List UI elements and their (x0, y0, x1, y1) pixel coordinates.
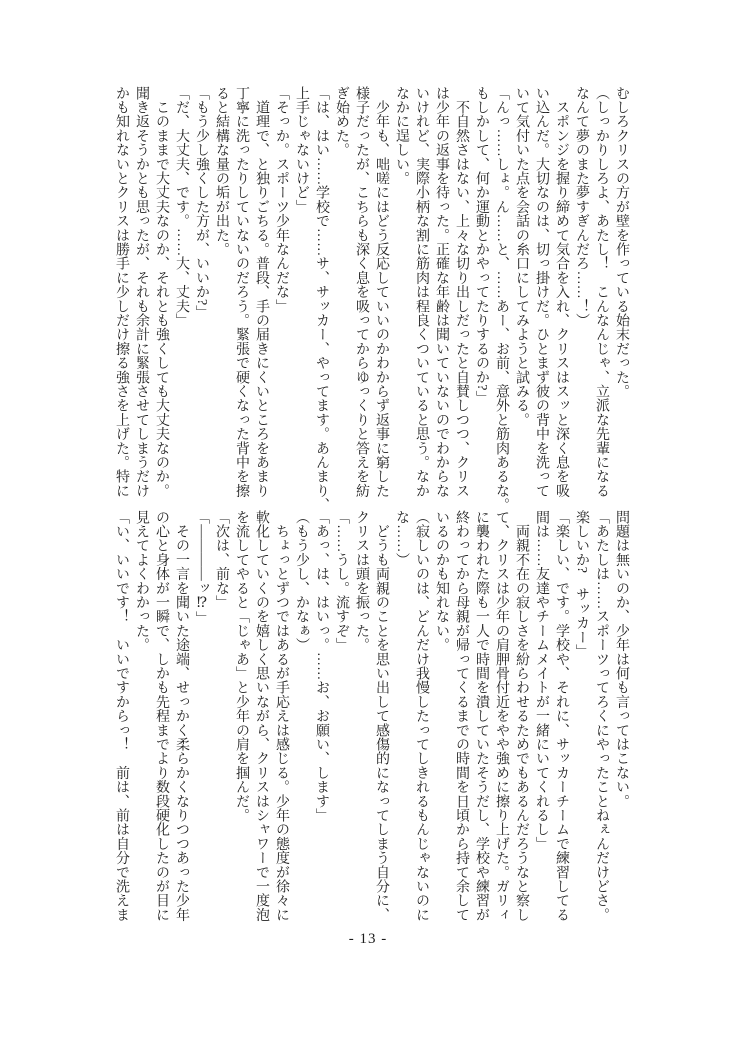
text-line: 「あたしは……スポーツってろくにやったことねぇんだけどさ。 (591, 510, 611, 922)
text-line: 「は、はい……学校で……サ、サッカー、やってます。あんまり、 (311, 86, 331, 512)
text-line: 「……うし。流すぞ」 (331, 510, 351, 922)
text-line: 問題は無いのか、少年は何も言ってはこない。 (611, 510, 631, 922)
text-line: もしかして、何か運動とかやってたりするのか?」 (471, 86, 491, 512)
document-page: むしろクリスの方が壁を作っている始末だった。（しっかりしろよ、あたし！ こんなん… (0, 0, 736, 1041)
text-line: クリスは頭を振った。 (351, 510, 371, 922)
text-line: 聞き返そうかとも思ったが、それも余計に緊張させてしまうだけ (131, 86, 151, 512)
text-line: かも知れないとクリスは勝手に少しだけ擦る強さを上げた。特に (111, 86, 131, 512)
text-line: て、クリスは少年の肩胛骨付近をやや強めに擦り上げた。ガリィ (491, 510, 511, 922)
text-line: な……） (391, 510, 411, 922)
text-block-upper: むしろクリスの方が壁を作っている始末だった。（しっかりしろよ、あたし！ こんなん… (111, 86, 631, 512)
text-line: 不自然さはない、上々な切り出しだったと自賛しつつ、クリス (451, 86, 471, 512)
text-line: 「楽しい、です。学校や、それに、サッカーチームで練習してる (551, 510, 571, 922)
text-line: このままで大丈夫なのか、それとも強くしても大丈夫なのか。 (151, 86, 171, 512)
page-number: - 13 - (0, 931, 736, 948)
text-line: 「そっか。スポーツ少年なんだな」 (271, 86, 291, 512)
text-line: むしろクリスの方が壁を作っている始末だった。 (611, 86, 631, 512)
text-line: 「い、いいです！ いいですからっ！ 前は、前は自分で洗えま (111, 510, 131, 922)
text-line: に襲われた際も一人で時間を潰していたそうだし、学校や練習が (471, 510, 491, 922)
text-line: 軟化していくのを嬉しく思いながら、クリスはシャワーで一度泡 (251, 510, 271, 922)
text-line: 両親不在の寂しさを紛らわせるためでもあるんだろうなと察し (511, 510, 531, 922)
text-line: なかに逞しい。 (391, 86, 411, 512)
text-line: ちょっとずつではあるが手応えは感じる。少年の態度が徐々に (271, 510, 291, 922)
text-line: 上手じゃないけど」 (291, 86, 311, 512)
text-line: 楽しいか? サッカー」 (571, 510, 591, 922)
text-line: いけれど、実際小柄な割に筋肉は程良くついていると思う。なか (411, 86, 431, 512)
text-line: 間は……友達やチームメイトが一緒にいてくれるし」 (531, 510, 551, 922)
text-line: 「もう少し強くした方が、いいか?」 (191, 86, 211, 512)
text-line: （寂しいのは、どんだけ我慢したってしきれるもんじゃないのに (411, 510, 431, 922)
text-line: 「あっ、は、はいっ。……お、お願い、します」 (311, 510, 331, 922)
text-line: 「次は、前な」 (211, 510, 231, 922)
text-line: なんて夢のまた夢すぎんだろ……！） (571, 86, 591, 512)
text-line: 丁寧に洗ったりしていないのだろう。緊張で硬くなった背中を擦 (231, 86, 251, 512)
text-line: （しっかりしろよ、あたし！ こんなんじゃ、立派な先輩になる (591, 86, 611, 512)
text-line: スポンジを握り締めて気合を入れ、クリスはスッと深く息を吸 (551, 86, 571, 512)
text-line: 終わってから母親が帰ってくるまでの時間を日頃から持て余して (451, 510, 471, 922)
text-line: その一言を聞いた途端、せっかく柔らかくなりつつあった少年 (171, 510, 191, 922)
text-line: どうも両親のことを思い出して感傷的になってしまう自分に、 (371, 510, 391, 922)
text-line: 「――――ッ⁉」 (191, 510, 211, 922)
text-line: の心と身体が一瞬で、しかも先程までより数段硬化したのが目に (151, 510, 171, 922)
text-line: 少年も、咄嗟にはどう反応していいのかわからず返事に窮した (371, 86, 391, 512)
text-line: 「んっ……しょ。ん……と、……あー、お前、意外と筋肉あるな。 (491, 86, 511, 512)
text-line: いて気付いた点を会話の糸口にしてみようと試みる。 (511, 86, 531, 512)
text-line: いるのかも知れない。 (431, 510, 451, 922)
text-line: （もう少し、かなぁ） (291, 510, 311, 922)
text-line: 「だ、大丈夫、です。……大、丈夫」 (171, 86, 191, 512)
text-block-lower: 問題は無いのか、少年は何も言ってはこない。「あたしは……スポーツってろくにやった… (111, 510, 631, 922)
text-line: は少年の返事を待った。正確な年齢は聞いていないのでわからな (431, 86, 451, 512)
text-line: を流してやると「じゃあ」と少年の肩を掴んだ。 (231, 510, 251, 922)
text-line: 様子だったが、こちらも深く息を吸ってからゆっくりと答えを紡 (351, 86, 371, 512)
text-line: ると結構な量の垢が出た。 (211, 86, 231, 512)
text-line: 見えてよくわかった。 (131, 510, 151, 922)
text-line: 道理で、と独りごちる。普段、手の届きにくいところをあまり (251, 86, 271, 512)
text-line: い込んだ。大切なのは、切っ掛けだ。ひとまず彼の背中を洗って (531, 86, 551, 512)
text-line: ぎ始めた。 (331, 86, 351, 512)
